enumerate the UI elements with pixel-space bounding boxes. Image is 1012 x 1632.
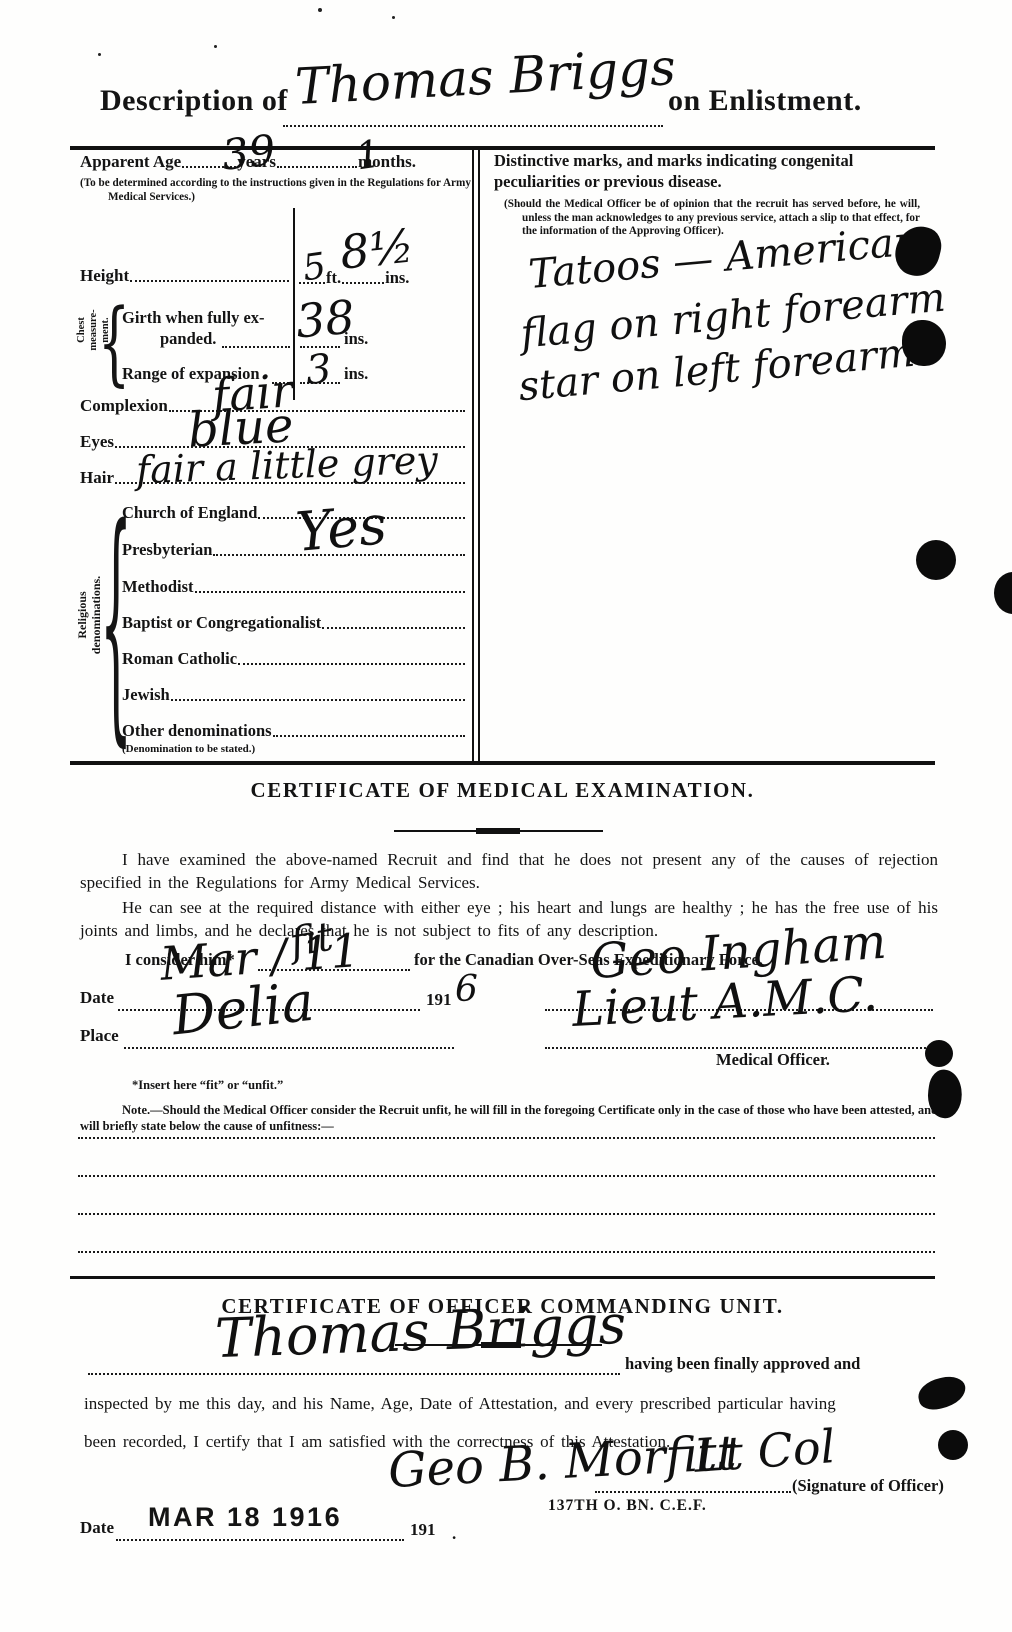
- blank-line: [78, 1250, 935, 1253]
- eyes-label: Eyes: [80, 432, 114, 452]
- place-label: Place: [80, 1026, 119, 1046]
- period-mark: .: [452, 1524, 456, 1544]
- unfit-note: Note.—Should the Medical Officer conside…: [80, 1102, 938, 1135]
- blank-line: [78, 1212, 935, 1215]
- denomination-label: Other denominations: [122, 721, 272, 741]
- date-label: Date: [80, 988, 114, 1008]
- unit-designation: 137TH O. BN. C.E.F.: [548, 1497, 707, 1515]
- denomination-field: [322, 627, 465, 629]
- girth-label-line1: Girth when fully ex-: [122, 308, 265, 328]
- denomination-row: Presbyterian: [122, 540, 466, 560]
- blank-line: [78, 1174, 935, 1177]
- denomination-field: [171, 699, 465, 701]
- height-ins-field: [342, 282, 384, 284]
- age-years-value-handwritten: 39: [220, 129, 278, 176]
- officer-line2: inspected by me this day, and his Name, …: [84, 1392, 940, 1415]
- medical-certificate-heading: CERTIFICATE OF MEDICAL EXAMINATION.: [70, 778, 935, 803]
- range-ins-label: ins.: [344, 364, 368, 384]
- denomination-label: Presbyterian: [122, 540, 212, 560]
- distinctive-marks-heading: Distinctive marks, and marks indicating …: [494, 150, 918, 192]
- year-printed: 191: [426, 990, 452, 1010]
- height-row: Height: [80, 266, 290, 286]
- apparent-age-note: (To be determined according to the instr…: [80, 177, 500, 204]
- officer-signature-field: [595, 1490, 791, 1493]
- height-label: Height: [80, 266, 129, 286]
- denomination-field: [273, 735, 465, 737]
- form-title-prefix: Description of: [100, 84, 288, 118]
- year-value-handwritten: 6: [455, 972, 478, 1008]
- ink-blot: [994, 572, 1012, 614]
- scan-speck: [214, 45, 217, 48]
- presbyterian-value-handwritten: Yes: [294, 498, 389, 560]
- officer-date-label: Date: [80, 1518, 114, 1538]
- age-months-field: [277, 166, 357, 168]
- blank-line: [78, 1136, 935, 1139]
- girth-field: [222, 345, 290, 348]
- scan-speck: [318, 8, 322, 12]
- recruit-name-handwritten: Thomas Briggs: [294, 42, 677, 112]
- apparent-age-label: Apparent Age: [80, 152, 181, 172]
- height-ins-value-handwritten: 8½: [338, 222, 416, 275]
- name-dotted-line: [283, 124, 663, 127]
- header-rule: [70, 146, 935, 150]
- denomination-field: [195, 591, 466, 593]
- ink-blot: [916, 540, 956, 580]
- officer-rank-handwritten: Lt Col: [693, 1423, 837, 1479]
- chest-label-line1: Chest: [76, 317, 87, 343]
- officer-name-field: [88, 1372, 620, 1375]
- denomination-row: Roman Catholic: [122, 649, 466, 669]
- girth-value-handwritten: 38: [294, 294, 356, 345]
- denomination-row: Methodist: [122, 577, 466, 597]
- ink-blot: [915, 1373, 968, 1412]
- girth-label-line2: panded.: [160, 329, 216, 349]
- hair-value-handwritten: fair a little grey: [135, 441, 438, 490]
- denomination-label: Roman Catholic: [122, 649, 237, 669]
- height-field: [130, 280, 289, 282]
- date-stamp: MAR 18 1916: [148, 1502, 342, 1533]
- denomination-label: Methodist: [122, 577, 194, 597]
- medical-officer-label: Medical Officer.: [716, 1050, 830, 1070]
- officer-name-handwritten: Thomas Briggs: [214, 1298, 627, 1366]
- form-title-suffix: on Enlistment.: [668, 84, 862, 118]
- place-value-handwritten: Delia: [170, 975, 317, 1044]
- denomination-row: Baptist or Congregationalist: [122, 613, 466, 633]
- attestation-form-page: Description of Thomas Briggs on Enlistme…: [0, 0, 1012, 1632]
- mo-rank-handwritten: Lieut A.M.C.: [571, 970, 879, 1034]
- denomination-row: Other denominations: [122, 721, 466, 741]
- medical-paragraph-1: I have examined the above-named Recruit …: [80, 848, 938, 894]
- ink-blot: [938, 1430, 968, 1460]
- ink-blot: [925, 1040, 953, 1067]
- officer-line1-suffix: having been finally approved and: [625, 1354, 860, 1374]
- range-value-handwritten: 3: [304, 349, 333, 391]
- denomination-label: Jewish: [122, 685, 170, 705]
- height-ft-value-handwritten: 5: [301, 249, 329, 288]
- denomination-note: (Denomination to be stated.): [122, 743, 255, 756]
- section-rule: [70, 1276, 935, 1279]
- complexion-label: Complexion: [80, 396, 168, 416]
- officer-date-field: [116, 1538, 404, 1541]
- signature-of-officer-label: (Signature of Officer): [792, 1476, 944, 1496]
- column-divider-rule: [472, 146, 474, 764]
- heading-divider-thick: [476, 828, 520, 834]
- religious-label-line1: Religious: [75, 591, 89, 638]
- denomination-label: Church of England: [122, 503, 257, 523]
- scan-speck: [98, 53, 101, 56]
- scan-speck: [392, 16, 395, 19]
- officer-year-printed: 191: [410, 1520, 436, 1540]
- age-months-value-handwritten: 1: [353, 135, 382, 176]
- denomination-label: Baptist or Congregationalist: [122, 613, 321, 633]
- denomination-row: Jewish: [122, 685, 466, 705]
- insert-fit-note: *Insert here “fit” or “unfit.”: [132, 1078, 283, 1093]
- mo-rank-field: [545, 1046, 933, 1049]
- place-field: [124, 1046, 454, 1049]
- column-divider-rule: [478, 146, 480, 764]
- ink-blot: [902, 320, 946, 366]
- denomination-field: [238, 663, 465, 665]
- section-rule: [70, 761, 935, 765]
- consider-middle: for the: [414, 950, 461, 969]
